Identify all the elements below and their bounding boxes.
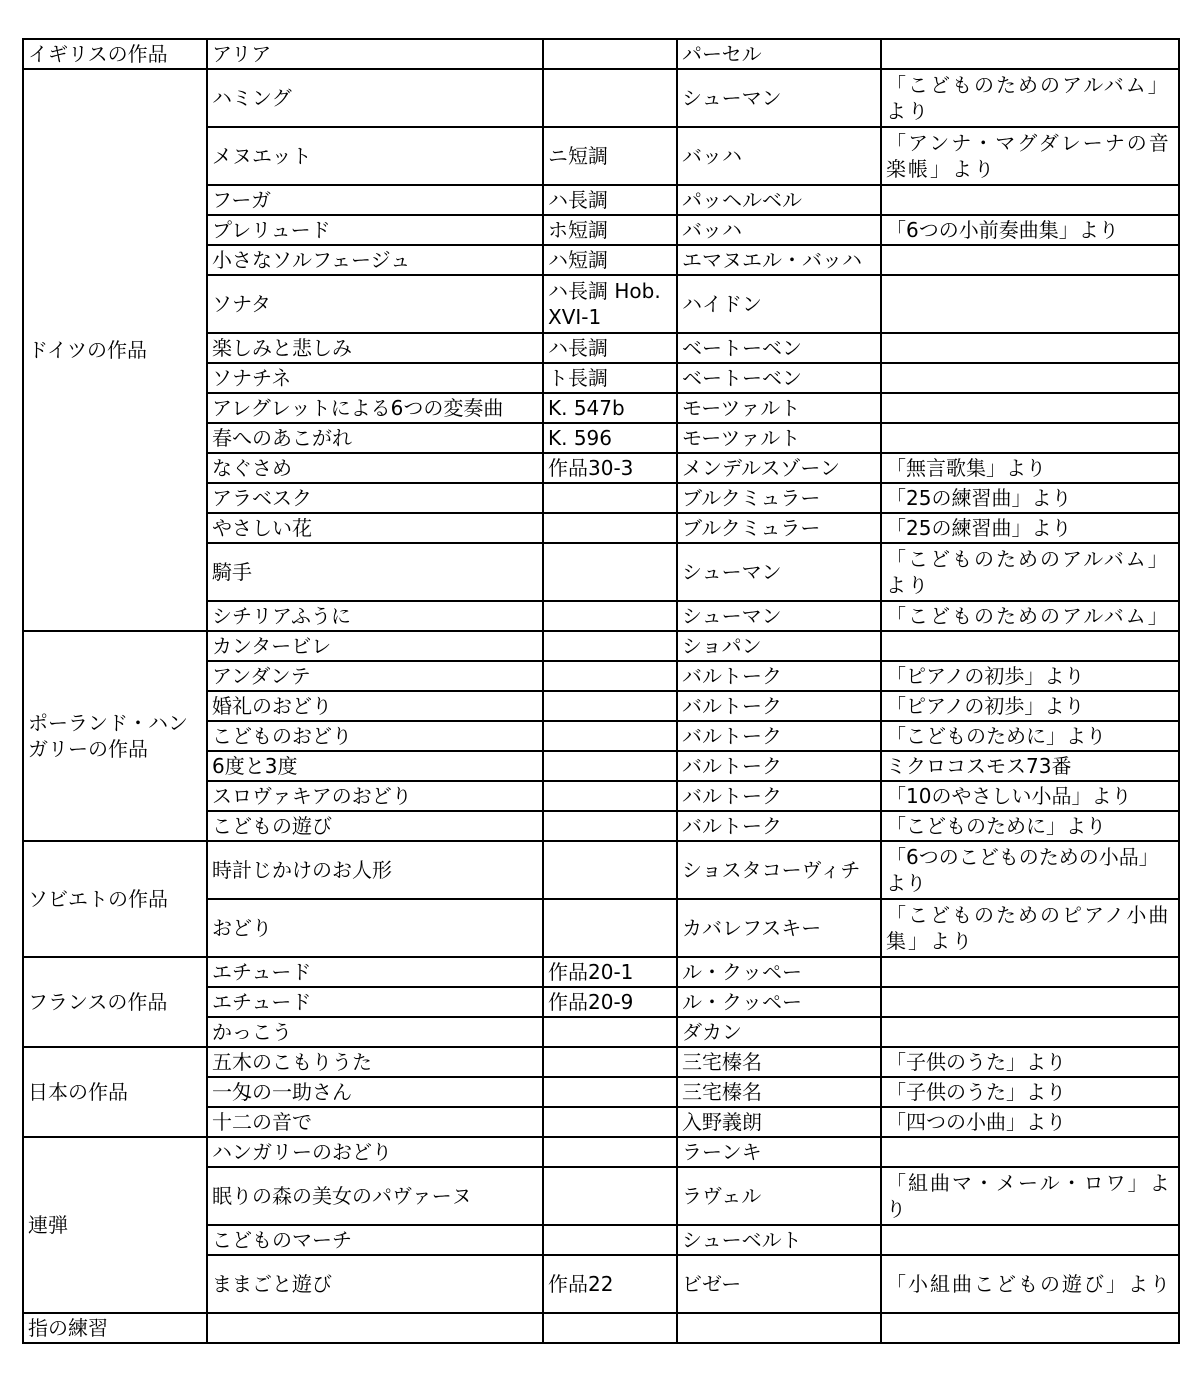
composer-cell: シューマン: [677, 543, 881, 601]
table-row: 連弾ハンガリーのおどりラーンキ: [23, 1137, 1179, 1167]
title-cell: 春へのあこがれ: [207, 423, 543, 453]
source-cell: 「こどものためのピアノ小曲集」より: [881, 899, 1179, 957]
title-cell: ハミング: [207, 69, 543, 127]
composer-cell: シューマン: [677, 601, 881, 631]
title-cell: プレリュード: [207, 215, 543, 245]
source-cell: [881, 185, 1179, 215]
source-cell: 「10のやさしい小品」より: [881, 781, 1179, 811]
source-cell: 「ピアノの初歩」より: [881, 661, 1179, 691]
source-cell: 「小組曲こどもの遊び」より: [881, 1255, 1179, 1313]
composer-cell: カバレフスキー: [677, 899, 881, 957]
key-cell: ハ長調: [543, 185, 677, 215]
source-cell: [881, 1137, 1179, 1167]
composer-cell: ブルクミュラー: [677, 513, 881, 543]
composer-cell: バルトーク: [677, 781, 881, 811]
category-cell: イギリスの作品: [23, 39, 207, 69]
title-cell: エチュード: [207, 987, 543, 1017]
composer-cell: バルトーク: [677, 721, 881, 751]
key-cell: [543, 691, 677, 721]
key-cell: [543, 69, 677, 127]
title-cell: 時計じかけのお人形: [207, 841, 543, 899]
key-cell: [543, 1167, 677, 1225]
title-cell: ソナタ: [207, 275, 543, 333]
composer-cell: シューマン: [677, 69, 881, 127]
title-cell: [207, 1313, 543, 1343]
key-cell: [543, 1225, 677, 1255]
repertoire-table-body: イギリスの作品アリアパーセルドイツの作品ハミングシューマン「こどものためのアルバ…: [23, 39, 1179, 1343]
composer-cell: ショパン: [677, 631, 881, 661]
key-cell: [543, 751, 677, 781]
composer-cell: ル・クッペー: [677, 957, 881, 987]
source-cell: [881, 363, 1179, 393]
composer-cell: エマヌエル・バッハ: [677, 245, 881, 275]
title-cell: アリア: [207, 39, 543, 69]
category-cell: フランスの作品: [23, 957, 207, 1047]
category-cell: ソビエトの作品: [23, 841, 207, 957]
key-cell: 作品20-9: [543, 987, 677, 1017]
title-cell: 五木のこもりうた: [207, 1047, 543, 1077]
composer-cell: ショスタコーヴィチ: [677, 841, 881, 899]
key-cell: [543, 39, 677, 69]
composer-cell: ベートーベン: [677, 333, 881, 363]
title-cell: 一匁の一助さん: [207, 1077, 543, 1107]
composer-cell: ラーンキ: [677, 1137, 881, 1167]
title-cell: 十二の音で: [207, 1107, 543, 1137]
key-cell: [543, 601, 677, 631]
title-cell: カンタービレ: [207, 631, 543, 661]
composer-cell: ラヴェル: [677, 1167, 881, 1225]
key-cell: [543, 483, 677, 513]
key-cell: [543, 1313, 677, 1343]
title-cell: フーガ: [207, 185, 543, 215]
composer-cell: パーセル: [677, 39, 881, 69]
table-row: フランスの作品エチュード作品20-1ル・クッペー: [23, 957, 1179, 987]
source-cell: [881, 957, 1179, 987]
composer-cell: ハイドン: [677, 275, 881, 333]
composer-cell: バルトーク: [677, 661, 881, 691]
category-cell: 指の練習: [23, 1313, 207, 1343]
source-cell: 「ピアノの初歩」より: [881, 691, 1179, 721]
source-cell: [881, 1313, 1179, 1343]
key-cell: ハ長調: [543, 333, 677, 363]
category-cell: ドイツの作品: [23, 69, 207, 631]
key-cell: [543, 841, 677, 899]
source-cell: [881, 333, 1179, 363]
title-cell: ままごと遊び: [207, 1255, 543, 1313]
composer-cell: バルトーク: [677, 811, 881, 841]
title-cell: なぐさめ: [207, 453, 543, 483]
key-cell: [543, 1047, 677, 1077]
composer-cell: ベートーベン: [677, 363, 881, 393]
source-cell: 「こどものために」より: [881, 811, 1179, 841]
title-cell: アレグレットによる6つの変奏曲: [207, 393, 543, 423]
composer-cell: モーツァルト: [677, 423, 881, 453]
composer-cell: ル・クッペー: [677, 987, 881, 1017]
key-cell: ト長調: [543, 363, 677, 393]
source-cell: 「無言歌集」より: [881, 453, 1179, 483]
source-cell: [881, 423, 1179, 453]
title-cell: ハンガリーのおどり: [207, 1137, 543, 1167]
title-cell: ソナチネ: [207, 363, 543, 393]
title-cell: エチュード: [207, 957, 543, 987]
composer-cell: メンデルスゾーン: [677, 453, 881, 483]
key-cell: ハ長調 Hob. XVI-1: [543, 275, 677, 333]
composer-cell: バッハ: [677, 215, 881, 245]
title-cell: 騎手: [207, 543, 543, 601]
source-cell: 「子供のうた」より: [881, 1077, 1179, 1107]
composer-cell: ダカン: [677, 1017, 881, 1047]
title-cell: やさしい花: [207, 513, 543, 543]
key-cell: 作品30-3: [543, 453, 677, 483]
source-cell: ミクロコスモス73番: [881, 751, 1179, 781]
table-row: ソビエトの作品時計じかけのお人形ショスタコーヴィチ「6つのこどものための小品」よ…: [23, 841, 1179, 899]
key-cell: ハ短調: [543, 245, 677, 275]
source-cell: [881, 275, 1179, 333]
source-cell: [881, 39, 1179, 69]
composer-cell: バッハ: [677, 127, 881, 185]
key-cell: [543, 661, 677, 691]
category-cell: 連弾: [23, 1137, 207, 1313]
title-cell: アンダンテ: [207, 661, 543, 691]
title-cell: 婚礼のおどり: [207, 691, 543, 721]
title-cell: アラベスク: [207, 483, 543, 513]
key-cell: [543, 1107, 677, 1137]
category-cell: 日本の作品: [23, 1047, 207, 1137]
composer-cell: 三宅榛名: [677, 1047, 881, 1077]
source-cell: 「25の練習曲」より: [881, 483, 1179, 513]
source-cell: 「子供のうた」より: [881, 1047, 1179, 1077]
repertoire-table: イギリスの作品アリアパーセルドイツの作品ハミングシューマン「こどものためのアルバ…: [22, 38, 1180, 1344]
category-cell: ポーランド・ハンガリーの作品: [23, 631, 207, 841]
title-cell: スロヴァキアのおどり: [207, 781, 543, 811]
title-cell: 6度と3度: [207, 751, 543, 781]
composer-cell: ビゼー: [677, 1255, 881, 1313]
source-cell: 「6つの小前奏曲集」より: [881, 215, 1179, 245]
source-cell: [881, 245, 1179, 275]
source-cell: 「6つのこどものための小品」より: [881, 841, 1179, 899]
key-cell: [543, 631, 677, 661]
key-cell: K. 547b: [543, 393, 677, 423]
source-cell: 「組曲マ・メール・ロワ」より: [881, 1167, 1179, 1225]
source-cell: 「25の練習曲」より: [881, 513, 1179, 543]
title-cell: こどものマーチ: [207, 1225, 543, 1255]
key-cell: [543, 1137, 677, 1167]
title-cell: メヌエット: [207, 127, 543, 185]
key-cell: [543, 899, 677, 957]
table-row: 指の練習: [23, 1313, 1179, 1343]
key-cell: K. 596: [543, 423, 677, 453]
composer-cell: モーツァルト: [677, 393, 881, 423]
source-cell: [881, 631, 1179, 661]
source-cell: 「こどものためのアルバム」より: [881, 69, 1179, 127]
table-row: ポーランド・ハンガリーの作品カンタービレショパン: [23, 631, 1179, 661]
key-cell: ホ短調: [543, 215, 677, 245]
key-cell: [543, 721, 677, 751]
source-cell: [881, 1017, 1179, 1047]
source-cell: 「こどものために」より: [881, 721, 1179, 751]
composer-cell: バルトーク: [677, 691, 881, 721]
key-cell: [543, 543, 677, 601]
source-cell: 「四つの小曲」より: [881, 1107, 1179, 1137]
key-cell: [543, 1077, 677, 1107]
source-cell: [881, 987, 1179, 1017]
source-cell: 「こどものためのアルバム」: [881, 601, 1179, 631]
title-cell: 眠りの森の美女のパヴァーヌ: [207, 1167, 543, 1225]
title-cell: シチリアふうに: [207, 601, 543, 631]
table-row: ドイツの作品ハミングシューマン「こどものためのアルバム」より: [23, 69, 1179, 127]
key-cell: [543, 781, 677, 811]
source-cell: 「こどものためのアルバム」より: [881, 543, 1179, 601]
source-cell: 「アンナ・マグダレーナの音楽帳」より: [881, 127, 1179, 185]
key-cell: [543, 1017, 677, 1047]
table-row: 日本の作品五木のこもりうた三宅榛名「子供のうた」より: [23, 1047, 1179, 1077]
title-cell: こどものおどり: [207, 721, 543, 751]
composer-cell: ブルクミュラー: [677, 483, 881, 513]
source-cell: [881, 1225, 1179, 1255]
composer-cell: パッヘルベル: [677, 185, 881, 215]
key-cell: 作品22: [543, 1255, 677, 1313]
table-row: イギリスの作品アリアパーセル: [23, 39, 1179, 69]
title-cell: 小さなソルフェージュ: [207, 245, 543, 275]
key-cell: [543, 811, 677, 841]
composer-cell: 三宅榛名: [677, 1077, 881, 1107]
key-cell: ニ短調: [543, 127, 677, 185]
composer-cell: シューベルト: [677, 1225, 881, 1255]
title-cell: 楽しみと悲しみ: [207, 333, 543, 363]
composer-cell: [677, 1313, 881, 1343]
key-cell: 作品20-1: [543, 957, 677, 987]
title-cell: こどもの遊び: [207, 811, 543, 841]
composer-cell: 入野義朗: [677, 1107, 881, 1137]
composer-cell: バルトーク: [677, 751, 881, 781]
title-cell: おどり: [207, 899, 543, 957]
title-cell: かっこう: [207, 1017, 543, 1047]
source-cell: [881, 393, 1179, 423]
key-cell: [543, 513, 677, 543]
